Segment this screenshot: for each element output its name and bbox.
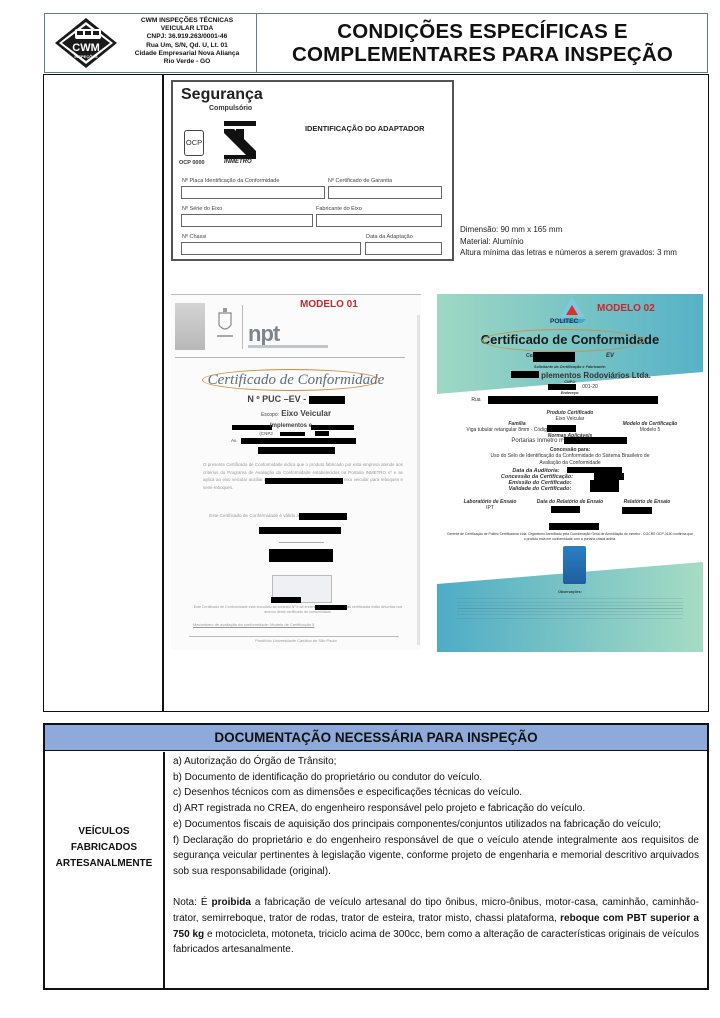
observations-text (457, 596, 683, 620)
field-box-placa (181, 186, 325, 199)
divider (175, 357, 405, 358)
vehicle-category: VEÍCULOS FABRICADOS ARTESANALMENTE (56, 824, 153, 872)
redaction (299, 513, 347, 520)
company-info: CWM INSPEÇÕES TÉCNICAS VEICULAR LTDA CNP… (117, 17, 257, 66)
redaction (265, 478, 343, 484)
redaction (551, 506, 580, 513)
lab-value: IPT (437, 505, 623, 511)
certificate-note: Este Certificado de Conformidade está vi… (193, 605, 403, 615)
certificate-number-suffix: EV (477, 353, 703, 359)
redaction (594, 473, 624, 480)
adapter-identification-plate: Segurança Compulsório OCP OCP 0000 INMET… (171, 80, 454, 261)
field-box-certificado (328, 186, 442, 199)
requester-name: plementos Rodoviários Ltda. (463, 371, 703, 380)
npt-subtitle (248, 345, 328, 348)
document-item: f) Declaração do proprietário e do engen… (173, 833, 699, 880)
redaction (315, 431, 329, 436)
redaction (549, 523, 599, 530)
norms-value: Portarias Inmetro nº (437, 438, 671, 444)
npt-logo: npt (248, 321, 279, 347)
company-block: CWM INSPEÇÕES CWM INSPEÇÕES TÉCNICAS VEI… (45, 14, 257, 72)
field-label-fabricante: Fabricante do Eixo (316, 206, 362, 212)
redaction (564, 437, 627, 444)
models-table-left-cell (44, 75, 164, 711)
university-crest-icon (215, 307, 235, 343)
redaction (259, 527, 341, 534)
scan-edge (417, 315, 420, 645)
document-header: CWM INSPEÇÕES CWM INSPEÇÕES TÉCNICAS VEI… (44, 13, 708, 73)
documentation-table: DOCUMENTAÇÃO NECESSÁRIA PARA INSPEÇÃO VE… (43, 723, 709, 990)
redaction (590, 485, 619, 492)
field-label-data: Data da Adaptação (366, 234, 413, 240)
requester-label: Solicitante da Certificação e Fabricante… (437, 365, 703, 369)
field-label-serie: Nº Série do Eixo (182, 206, 222, 212)
redaction (622, 507, 652, 514)
title-highlight-oval (482, 329, 644, 352)
document-item: b) Documento de identificação do proprie… (173, 770, 699, 786)
redaction (488, 396, 658, 404)
ocp-number: OCP 0000 (179, 160, 205, 166)
page-title: CONDIÇÕES ESPECÍFICAS E COMPLEMENTARES P… (258, 14, 707, 72)
redaction (311, 425, 354, 430)
inmetro-label: INMETRO (224, 159, 252, 165)
observations-label: Observações: (437, 590, 703, 594)
address-label: Endereço: (437, 391, 703, 395)
field-box-fabricante (316, 214, 442, 227)
model-02-label: MODELO 02 (597, 303, 655, 314)
document-item: a) Autorização do Órgão de Trânsito; (173, 754, 699, 770)
certificate-body: O presente Certificado de Conformidade i… (203, 461, 403, 491)
granted-value: Uso do Selo de Identificação da Conformi… (482, 453, 658, 467)
company-cnpj: (CNPJ (141, 431, 391, 436)
signature-line (279, 542, 324, 543)
certification-seal-icon (175, 303, 205, 350)
validity-date-label: Validade do Certificado: (437, 486, 673, 492)
redaction (271, 597, 301, 603)
document-item: e) Documentos fiscais de aquisição dos p… (173, 817, 699, 833)
field-label-chassi: Nº Chassi (182, 234, 206, 240)
cnpj-suffix: 001-20 (457, 384, 703, 390)
redaction (280, 432, 305, 436)
plate-specifications: Dimensão: 90 mm x 165 mm Material: Alumí… (460, 224, 677, 259)
divider (189, 636, 399, 637)
certificate-model-02: POLITEC MODELO 02 Certificado de Conform… (437, 294, 703, 652)
documentation-heading: DOCUMENTAÇÃO NECESSÁRIA PARA INSPEÇÃO (45, 725, 707, 751)
divider (242, 305, 243, 349)
redaction (269, 549, 333, 562)
inmetro-seal-icon (563, 546, 586, 584)
certification-mechanism: Mecanismo de avaliação da conformidade: … (193, 621, 403, 629)
politec-label: POLITEC (550, 318, 578, 325)
inmetro-logo-icon (224, 121, 256, 159)
redaction (258, 447, 335, 454)
title-highlight-oval (202, 369, 380, 391)
redaction (315, 605, 347, 610)
redaction (241, 438, 356, 444)
ocp-badge-icon: OCP (184, 130, 204, 156)
required-documents: a) Autorização do Órgão de Trânsito; b) … (173, 754, 699, 958)
cwm-logo-icon: CWM INSPEÇÕES (53, 17, 119, 69)
document-item: c) Desenhos técnicos com as dimensões e … (173, 785, 699, 801)
vehicle-category-cell: VEÍCULOS FABRICADOS ARTESANALMENTE (45, 752, 165, 988)
field-box-data (365, 242, 442, 255)
svg-text:CWM: CWM (72, 42, 100, 54)
model-01-label: MODELO 01 (300, 299, 358, 310)
report-label: Relatório de Ensaio (514, 499, 703, 505)
certificate-scope: Escopo: Eixo Veicular (171, 409, 421, 418)
field-box-chassi (181, 242, 361, 255)
plate-title: IDENTIFICAÇÃO DO ADAPTADOR (305, 124, 424, 133)
document-item: d) ART registrada no CREA, do engenheiro… (173, 801, 699, 817)
plate-subbrand: Compulsório (209, 105, 252, 112)
certificate-model-01: npt MODELO 01 Certificado de Conformidad… (171, 294, 421, 650)
certificate-number: N º PUC –EV - (171, 394, 421, 404)
field-label-placa: Nº Placa Identificação da Conformidade (182, 178, 279, 184)
plate-brand: Segurança (181, 86, 263, 104)
certificate-footer: Pontifícia Universidade Católica de São … (171, 638, 421, 643)
manager-statement: Gerente de Certificação de Politec Certi… (447, 532, 693, 541)
prohibition-note: Nota: É proibida a fabricação de veículo… (173, 895, 699, 958)
field-box-serie (181, 214, 313, 227)
field-label-certificado: Nº Certificado de Garantia (328, 178, 392, 184)
svg-text:INSPEÇÕES: INSPEÇÕES (74, 54, 98, 59)
